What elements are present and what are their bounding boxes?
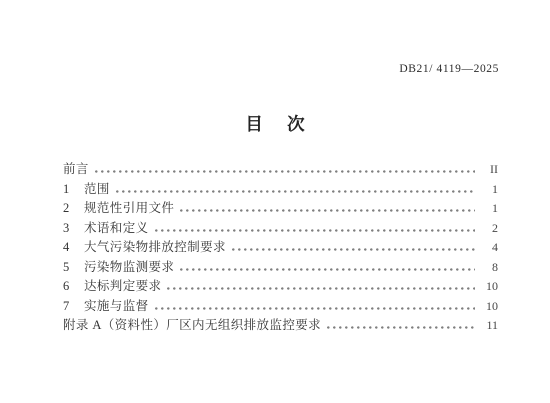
toc-entry-page: 10 [480, 297, 498, 317]
page-title: 目 次 [0, 111, 550, 136]
toc-entry: 1 范围 1 [63, 180, 498, 200]
toc-entry-page: 10 [480, 277, 498, 297]
toc-entry-title: 附录 A（资料性）厂区内无组织排放监控要求 [63, 316, 321, 336]
toc-entry-title: 规范性引用文件 [84, 199, 174, 219]
toc-entry-title: 达标判定要求 [84, 277, 161, 297]
toc-leader-dots [167, 287, 475, 290]
toc-entry-number: 7 [63, 297, 84, 317]
toc-leader-dots [180, 268, 475, 271]
toc-entry: 5 污染物监测要求 8 [63, 258, 498, 278]
toc-entry-number: 4 [63, 238, 84, 258]
toc-entry-page: 2 [480, 219, 498, 239]
toc-entry: 2 规范性引用文件 1 [63, 199, 498, 219]
toc-entry: 6 达标判定要求 10 [63, 277, 498, 297]
toc-leader-dots [155, 229, 475, 232]
toc-entry: 3 术语和定义 2 [63, 219, 498, 239]
toc-entry: 7 实施与监督 10 [63, 297, 498, 317]
table-of-contents: 前言 II 1 范围 1 2 规范性引用文件 1 3 术语和定义 2 4 大气污… [63, 160, 498, 336]
document-standard-number: DB21/ 4119—2025 [399, 63, 499, 75]
toc-entry-page: 11 [480, 316, 498, 336]
toc-entry-title: 大气污染物排放控制要求 [84, 238, 226, 258]
toc-leader-dots [95, 170, 475, 173]
toc-entry: 前言 II [63, 160, 498, 180]
toc-entry-page: II [480, 160, 498, 180]
toc-entry-title: 前言 [63, 160, 89, 180]
toc-entry-number: 5 [63, 258, 84, 278]
toc-entry-page: 4 [480, 238, 498, 258]
toc-leader-dots [180, 209, 475, 212]
toc-entry: 4 大气污染物排放控制要求 4 [63, 238, 498, 258]
toc-entry-page: 1 [480, 180, 498, 200]
toc-entry-title: 范围 [84, 180, 110, 200]
toc-entry-number: 1 [63, 180, 84, 200]
toc-entry-title: 污染物监测要求 [84, 258, 174, 278]
toc-entry-page: 1 [480, 199, 498, 219]
toc-leader-dots [155, 307, 475, 310]
document-page: { "doc": { "number": "DB21/ 4119—2025", … [0, 0, 550, 403]
toc-entry-number: 3 [63, 219, 84, 239]
toc-leader-dots [232, 248, 475, 251]
toc-entry-page: 8 [480, 258, 498, 278]
toc-entry-number: 2 [63, 199, 84, 219]
toc-entry-title: 实施与监督 [84, 297, 149, 317]
toc-entry: 附录 A（资料性）厂区内无组织排放监控要求 11 [63, 316, 498, 336]
toc-entry-number: 6 [63, 277, 84, 297]
toc-leader-dots [116, 190, 475, 193]
toc-leader-dots [327, 326, 475, 329]
toc-entry-title: 术语和定义 [84, 219, 149, 239]
